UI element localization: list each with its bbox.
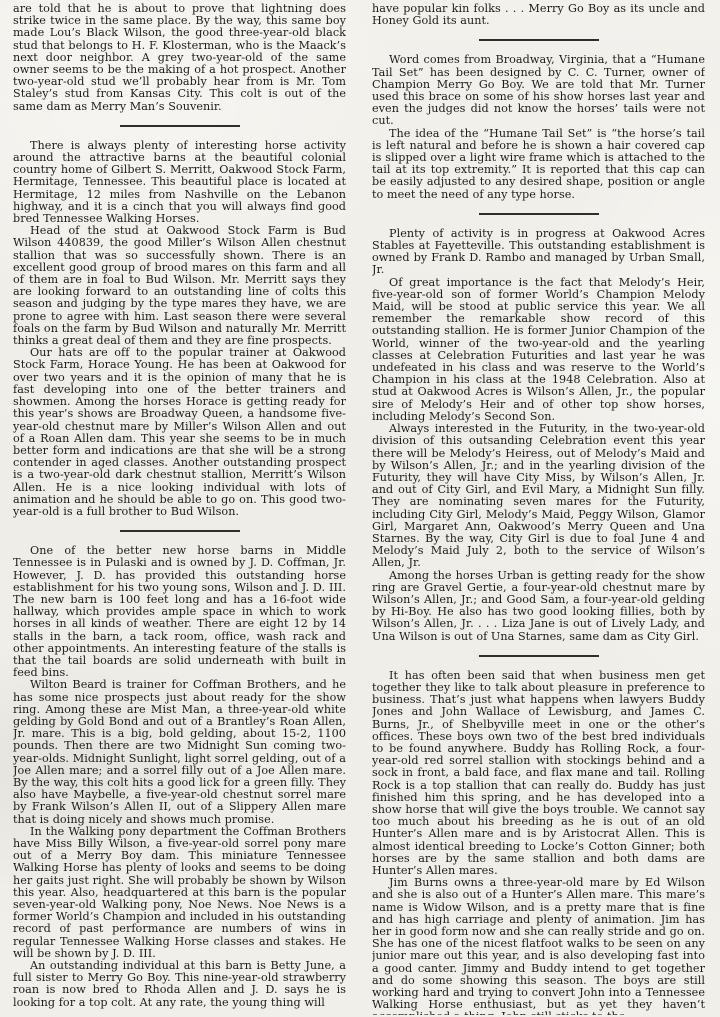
article-paragraph: One of the better new horse barns in Mid… xyxy=(13,545,346,679)
left-text-column: are told that he is about to prove that … xyxy=(13,3,346,1015)
article-paragraph: Always interested in the Futurity, in th… xyxy=(372,423,705,569)
section-divider xyxy=(120,530,240,532)
article-paragraph: It has often been said that when busines… xyxy=(372,670,705,877)
article-paragraph: Of great importance is the fact that Mel… xyxy=(372,277,705,423)
section-divider xyxy=(120,125,240,127)
article-paragraph: There is always plenty of interesting ho… xyxy=(13,140,346,225)
section-divider xyxy=(479,655,599,657)
article-paragraph: Among the horses Urban is getting ready … xyxy=(372,570,705,643)
article-paragraph: Our hats are off to the popular trainer … xyxy=(13,347,346,518)
article-paragraph: Word comes from Broadway, Virginia, that… xyxy=(372,54,705,127)
magazine-page: are told that he is about to prove that … xyxy=(0,0,720,1017)
article-paragraph: Plenty of activity is in progress at Oak… xyxy=(372,228,705,277)
section-divider xyxy=(479,39,599,41)
article-paragraph: The idea of the “Humane Tail Set” is “th… xyxy=(372,128,705,201)
section-divider xyxy=(479,213,599,215)
article-paragraph: are told that he is about to prove that … xyxy=(13,3,346,113)
article-paragraph: Wilton Beard is trainer for Coffman Brot… xyxy=(13,679,346,825)
article-paragraph: Head of the stud at Oakwood Stock Farm i… xyxy=(13,225,346,347)
article-paragraph: have popular kin folks . . . Merry Go Bo… xyxy=(372,3,705,27)
article-paragraph: Jim Burns owns a three-year-old mare by … xyxy=(372,877,705,1015)
right-text-column: have popular kin folks . . . Merry Go Bo… xyxy=(372,3,705,1015)
article-paragraph: An outstanding individual at this barn i… xyxy=(13,960,346,1009)
article-paragraph: In the Walking pony department the Coffm… xyxy=(13,826,346,960)
